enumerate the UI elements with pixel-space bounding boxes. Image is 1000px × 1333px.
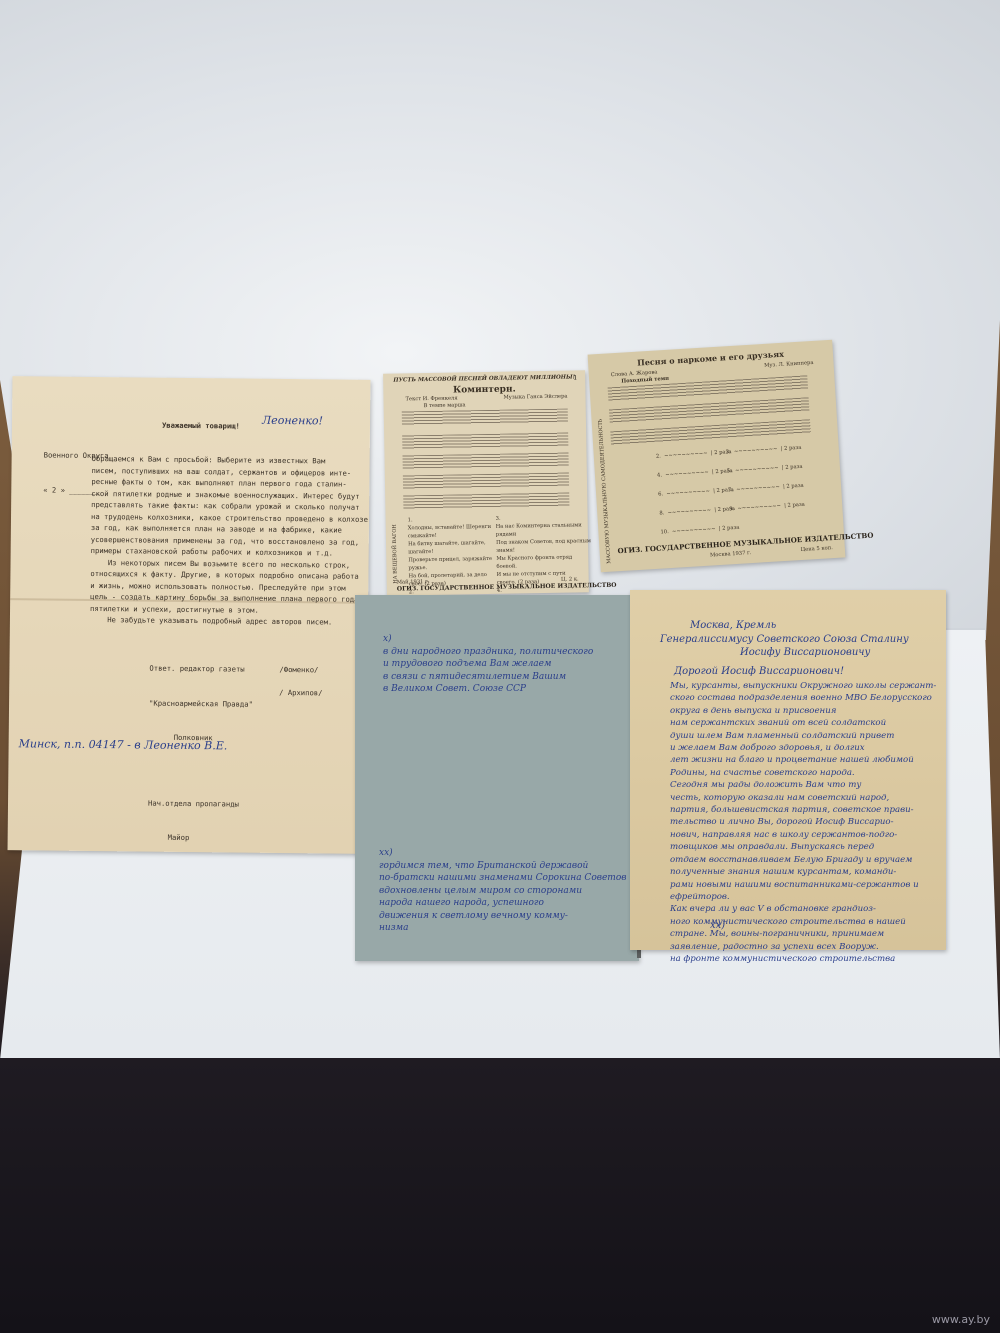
- signature-org: "Красноармейская Правда": [149, 697, 253, 710]
- letter-line: Не забудьте указывать подробный адрес ав…: [90, 614, 367, 628]
- note-line: движения к светлому вечному комму-: [379, 910, 627, 923]
- note-line: народа нашего народа, успешного: [379, 897, 627, 910]
- music-staff: [403, 473, 569, 490]
- letter-body: Обращаемся к Вам с просьбой: Выберите из…: [90, 453, 369, 628]
- lyric-line: На битву шагайте, шагайте,: [408, 539, 496, 549]
- verse: 2. ~~~~~~~~~~ | 2 раза: [656, 448, 732, 461]
- letter-line: товщиков мы оправдали. Выпускаясь перед: [670, 841, 936, 853]
- note-line: гордимся тем, что Британской державой: [379, 860, 627, 873]
- notebook-right-page: Москва, Кремль Генералиссимусу Советског…: [630, 590, 946, 950]
- letter-line: Как вчера ли у вас V в обстановке гранди…: [670, 903, 936, 915]
- dark-floor: [0, 1058, 1000, 1333]
- handwritten-address: Минск, п.п. 04147 - в Леоненко В.Е.: [19, 738, 228, 753]
- music-staff: [609, 397, 809, 423]
- song-sheet-komintern: ПУСТЬ МАССОВОЙ ПЕСНЕЙ ОВЛАДЕЮТ МИЛЛИОНЫ!…: [383, 370, 589, 595]
- verse: 4. ~~~~~~~~~~ | 2 раза: [657, 467, 733, 480]
- lyric-line: Холодны, вставайте! Шеренги: [408, 523, 496, 533]
- letter-line: ефрейторов.: [670, 891, 936, 903]
- mark-xx: хх): [710, 920, 725, 933]
- letter-line: ского состава подразделения военно МВО Б…: [670, 692, 936, 704]
- verse-grid: 2. ~~~~~~~~~~ | 2 раза3. ~~~~~~~~~~ | 2 …: [616, 443, 821, 540]
- note-line: хх): [379, 847, 627, 860]
- music-staff: [610, 419, 810, 445]
- song-sheet-narkom: Песня о наркоме и его друзьях Слова А. Ж…: [588, 340, 846, 573]
- note-line: и трудового подъема Вам желаем: [383, 658, 593, 671]
- verse: 7. ~~~~~~~~~~ | 2 раза: [728, 482, 804, 495]
- letter-line: тельство и лично Вы, дорогой Иосиф Висса…: [670, 816, 936, 828]
- verse: 3. ~~~~~~~~~~ | 2 раза: [726, 444, 802, 457]
- letter-address: Москва, Кремль: [690, 620, 776, 633]
- signature-role: Ответ. редактор газеты: [149, 663, 253, 676]
- letter-addressee-2: Иосифу Виссарионовичу: [740, 647, 870, 660]
- letter-greeting: Дорогой Иосиф Виссарионович!: [674, 666, 844, 679]
- verse: 8. ~~~~~~~~~~ | 2 раза: [659, 505, 735, 518]
- music-staff: [403, 453, 569, 470]
- lyric-line: На нас Коминтерна стальными: [496, 521, 591, 531]
- note-line: по-братски нашими знаменами Сорокина Сов…: [379, 872, 627, 885]
- song-tempo: В темпе марша: [424, 401, 466, 410]
- letter-line: рами новыми нашими воспитанниками-сержан…: [670, 879, 936, 891]
- verse: 9. ~~~~~~~~~~ | 2 раза: [729, 501, 805, 514]
- note-line: в связи с пятидесятилетием Вашим: [383, 671, 593, 684]
- song-credits-right: Музыка Ганса Эйслера: [503, 393, 567, 402]
- side-margin-text: НА ВЕЩЕВОЙ ВАГОН: [390, 404, 399, 584]
- note-line: вдохновлены целым миром со сторонами: [379, 885, 627, 898]
- notebook-left-page: х)в дни народного праздника, политическо…: [355, 595, 639, 961]
- note-line: низма: [379, 922, 627, 935]
- signature-rank: Майор: [148, 832, 252, 845]
- letter-line: и желаем Вам доброго здоровья, и долгих: [670, 742, 936, 754]
- signature-name-2: / Архипов/: [279, 687, 322, 699]
- handwritten-note-xx: хх)гордимся тем, что Британской державой…: [379, 847, 627, 935]
- letter-line: на фронте коммунистического строительств…: [670, 953, 936, 965]
- lyric-line: Проверьте прицел, заряжайте: [408, 555, 496, 565]
- sheet-footer: Москва 1937 г.: [710, 549, 752, 560]
- signature-role: Нач.отдела пропаганды: [148, 797, 252, 810]
- note-line: в дни народного праздника, политического: [383, 646, 593, 659]
- letter-line: нович, направляя нас в школу сержантов-п…: [670, 829, 936, 841]
- letter-line: Мы, курсанты, выпускники Окружного школы…: [670, 680, 936, 692]
- letter-line: души шлем Вам пламенный солдатский приве…: [670, 730, 936, 742]
- letter-addressee-1: Генералиссимусу Советского Союза Сталину: [660, 634, 909, 647]
- salutation-handwritten: Леоненко!: [262, 415, 323, 428]
- letter-line: Родины, на счастье советского народа.: [670, 767, 936, 779]
- verse: 6. ~~~~~~~~~~ | 2 раза: [658, 486, 734, 499]
- letter-line: лет жизни на благо и процветание нашей л…: [670, 754, 936, 766]
- song-banner: ПУСТЬ МАССОВОЙ ПЕСНЕЙ ОВЛАДЕЮТ МИЛЛИОНЫ!: [383, 374, 585, 384]
- music-staff: [402, 433, 568, 450]
- letter-line: нам сержантских званий от всей солдатско…: [670, 717, 936, 729]
- page-number: 1: [573, 374, 577, 381]
- letter-line: полученные знания нашим курсантам, коман…: [670, 866, 936, 878]
- song-credits-right: Муз. Л. Книппера: [764, 359, 814, 370]
- letter-line: отдаем восстанавливаем Белую Бригаду и в…: [670, 854, 936, 866]
- letter-line: честь, которую оказали нам советский нар…: [670, 792, 936, 804]
- signature-name-1: /Фоменко/: [279, 664, 318, 676]
- letter-salutation: Уважаемый товарищ!: [162, 420, 240, 432]
- letter-line: Сегодня мы рады доложить Вам что ту: [670, 779, 936, 791]
- letter-line: заявление, радостно за успехи всех Воору…: [670, 941, 936, 953]
- signature-block: Ответ. редактор газеты "Красноармейская …: [147, 640, 253, 868]
- watermark: www.ay.by: [932, 1313, 990, 1326]
- verse: 10. ~~~~~~~~~~ | 2 раза: [660, 524, 739, 537]
- note-line: х): [383, 633, 593, 646]
- note-line: в Великом Совет. Союзе ССР: [383, 683, 593, 696]
- music-staff: [403, 493, 569, 510]
- sheet-price: Цена 5 коп.: [800, 544, 833, 554]
- typed-letter: Военного Округа « 2 » _______ Уважаемый …: [8, 376, 371, 854]
- verse: 5. ~~~~~~~~~~ | 2 раза: [727, 463, 803, 476]
- handwritten-note-x: х)в дни народного праздника, политическо…: [383, 633, 593, 696]
- letter-line: партия, большевистская партия, советское…: [670, 804, 936, 816]
- lyric-line: Под знаком Советов, под красным: [496, 537, 591, 547]
- music-staff: [402, 409, 568, 426]
- letter-line: округа в день выпуска и присвоения: [670, 705, 936, 717]
